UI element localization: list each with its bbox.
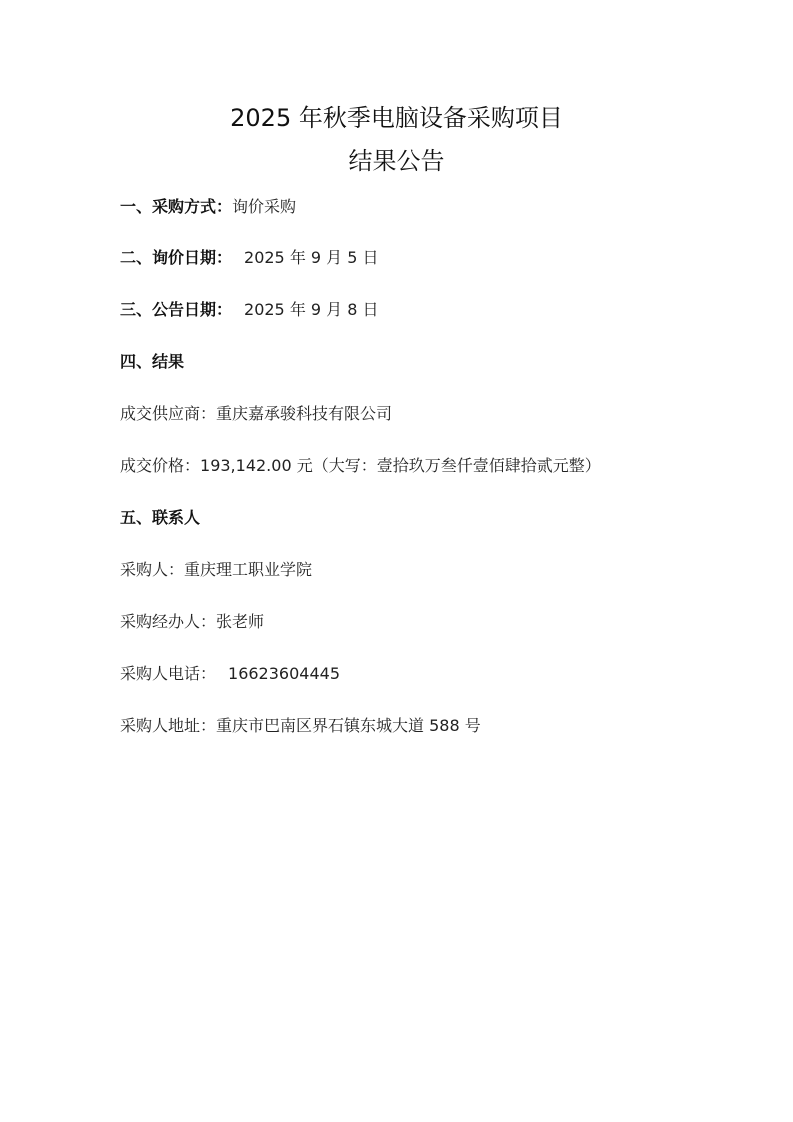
phone-value: 16623604445	[228, 664, 340, 683]
price-label: 成交价格：	[120, 456, 200, 475]
purchaser-label: 采购人：	[120, 560, 184, 579]
purchaser-value: 重庆理工职业学院	[184, 560, 312, 579]
address-label: 采购人地址：	[120, 716, 216, 735]
contact-heading: 五、联系人	[120, 507, 200, 529]
purchaser: 采购人：重庆理工职业学院	[120, 559, 312, 581]
inquiry-date-label: 二、询价日期：	[120, 248, 232, 267]
announce-date-value: 2025 年 9 月 8 日	[244, 300, 379, 319]
agent-label: 采购经办人：	[120, 612, 216, 631]
announce-date-label: 三、公告日期：	[120, 300, 232, 319]
address: 采购人地址：重庆市巴南区界石镇东城大道 588 号	[120, 715, 481, 737]
agent-value: 张老师	[216, 612, 264, 631]
supplier-label: 成交供应商：	[120, 404, 216, 423]
announcement-date: 三、公告日期：2025 年 9 月 8 日	[120, 299, 379, 321]
price-value: 193,142.00 元（大写：壹拾玖万叁仟壹佰肆拾贰元整）	[200, 456, 601, 475]
agent: 采购经办人：张老师	[120, 611, 264, 633]
method-label: 一、采购方式：	[120, 197, 232, 216]
inquiry-date: 二、询价日期：2025 年 9 月 5 日	[120, 247, 379, 269]
title-line-1: 2025 年秋季电脑设备采购项目	[0, 103, 793, 133]
phone: 采购人电话：16623604445	[120, 663, 340, 685]
method-value: 询价采购	[232, 197, 296, 216]
result-heading: 四、结果	[120, 351, 184, 373]
phone-label: 采购人电话：	[120, 664, 216, 683]
supplier: 成交供应商：重庆嘉承骏科技有限公司	[120, 403, 392, 425]
supplier-value: 重庆嘉承骏科技有限公司	[216, 404, 392, 423]
title-line-2: 结果公告	[0, 146, 793, 176]
address-value: 重庆市巴南区界石镇东城大道 588 号	[216, 716, 481, 735]
inquiry-date-value: 2025 年 9 月 5 日	[244, 248, 379, 267]
procurement-method: 一、采购方式：询价采购	[120, 196, 296, 218]
price: 成交价格：193,142.00 元（大写：壹拾玖万叁仟壹佰肆拾贰元整）	[120, 455, 601, 477]
